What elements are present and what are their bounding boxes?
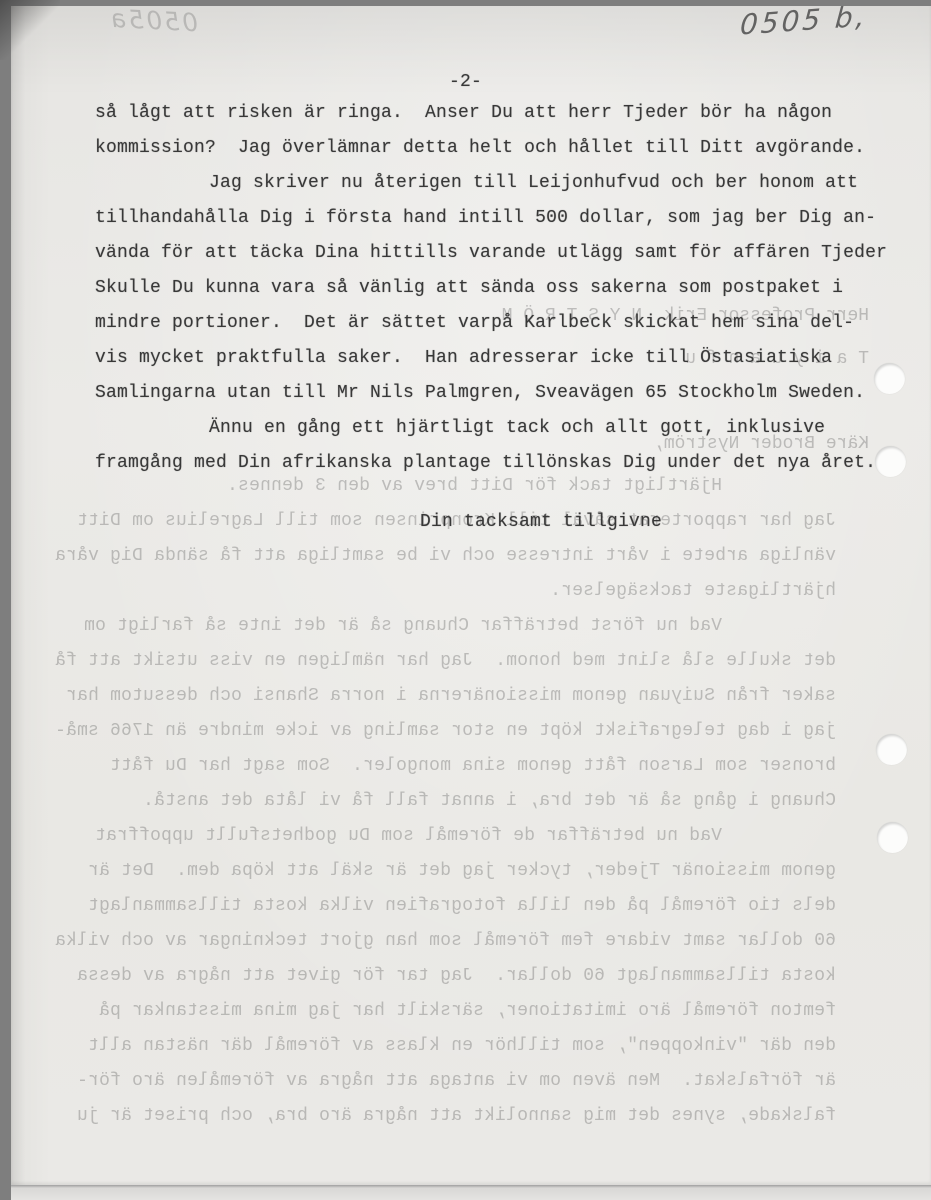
letter-body: så lågt att risken är ringa. Anser Du at… bbox=[95, 96, 905, 481]
punch-hole bbox=[874, 363, 905, 394]
punch-hole bbox=[877, 822, 908, 853]
page-number: -2- bbox=[0, 72, 931, 92]
scanned-letter-page: 0505a Herr Professor Erik N Y S T R Ö MT… bbox=[0, 0, 931, 1200]
typed-line: mindre portioner. Det är sättet varpå Ka… bbox=[95, 306, 905, 341]
typed-line: vis mycket praktfulla saker. Han adresse… bbox=[95, 341, 905, 376]
typed-line: kommission? Jag överlämnar detta helt oc… bbox=[95, 131, 905, 166]
typed-line: Skulle Du kunna vara så vänlig att sända… bbox=[95, 271, 905, 306]
typed-line: vända för att täcka Dina hittills varand… bbox=[95, 236, 905, 271]
closing-line: Din tacksamt tillgivne bbox=[420, 505, 662, 540]
typed-line: Jag skriver nu återigen till Leijonhufvu… bbox=[95, 166, 905, 201]
typed-line: Ännu en gång ett hjärtligt tack och allt… bbox=[95, 411, 905, 446]
typed-line: Samlingarna utan till Mr Nils Palmgren, … bbox=[95, 376, 905, 411]
typed-line: tillhandahålla Dig i första hand intill … bbox=[95, 201, 905, 236]
paper-bottom-edge bbox=[11, 1185, 931, 1200]
punch-hole bbox=[875, 446, 906, 477]
scan-corner-shadow bbox=[0, 0, 60, 60]
punch-hole bbox=[876, 734, 907, 765]
typed-line: så lågt att risken är ringa. Anser Du at… bbox=[95, 96, 905, 131]
typed-line: framgång med Din afrikanska plantage til… bbox=[95, 446, 905, 481]
